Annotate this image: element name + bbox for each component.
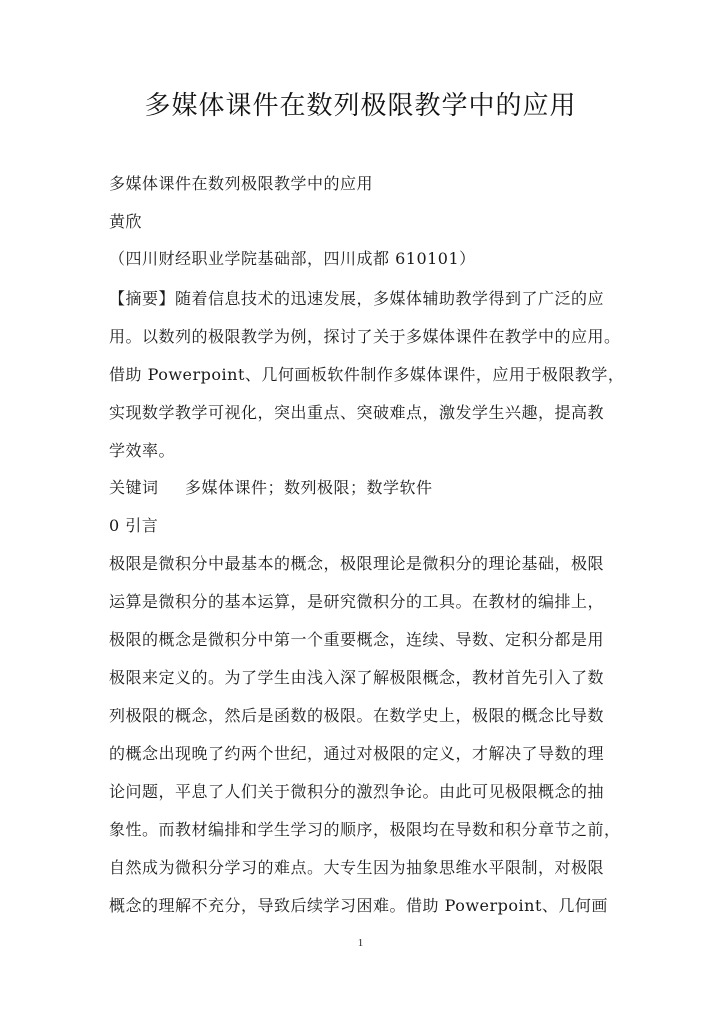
keywords-label: 关键词 [109, 477, 185, 499]
abstract-line: 学效率。 [109, 440, 175, 462]
abstract-line: 实现数学教学可视化，突出重点、突破难点，激发学生兴趣，提高教 [109, 402, 604, 424]
affiliation: （四川财经职业学院基础部，四川成都 610101） [109, 248, 476, 270]
body-line: 论问题，平息了人们关于微积分的激烈争论。由此可见极限概念的抽 [109, 781, 604, 803]
document-title: 多媒体课件在数列极限教学中的应用 [0, 88, 721, 124]
body-line: 概念的理解不充分，导致后续学习困难。借助 Powerpoint、几何画 [109, 895, 608, 917]
document-page: 多媒体课件在数列极限教学中的应用 多媒体课件在数列极限教学中的应用 黄欣 （四川… [0, 0, 721, 1020]
body-line: 列极限的概念，然后是函数的极限。在数学史上，极限的概念比导数 [109, 705, 604, 727]
page-number: 1 [0, 937, 721, 949]
body-line: 自然成为微积分学习的难点。大专生因为抽象思维水平限制，对极限 [109, 857, 604, 879]
body-line: 极限是微积分中最基本的概念，极限理论是微积分的理论基础，极限 [109, 553, 604, 575]
body-line: 极限的概念是微积分中第一个重要概念，连续、导数、定积分都是用 [109, 629, 604, 651]
body-line: 的概念出现晚了约两个世纪，通过对极限的定义，才解决了导数的理 [109, 743, 604, 765]
body-line: 极限来定义的。为了学生由浅入深了解极限概念，教材首先引入了数 [109, 667, 604, 689]
subtitle: 多媒体课件在数列极限教学中的应用 [109, 173, 373, 195]
body-line: 运算是微积分的基本运算，是研究微积分的工具。在教材的编排上， [109, 591, 604, 613]
abstract-line: 【摘要】随着信息技术的迅速发展，多媒体辅助教学得到了广泛的应 [109, 288, 604, 310]
abstract-line: 借助 Powerpoint、几何画板软件制作多媒体课件，应用于极限教学， [109, 364, 624, 386]
author: 黄欣 [109, 211, 142, 233]
keywords-value: 多媒体课件；数列极限；数学软件 [185, 478, 433, 497]
section-heading: 0 引言 [109, 515, 158, 537]
keywords: 关键词多媒体课件；数列极限；数学软件 [109, 477, 433, 499]
body-line: 象性。而教材编排和学生学习的顺序，极限均在导数和积分章节之前， [109, 819, 621, 841]
abstract-line: 用。以数列的极限教学为例，探讨了关于多媒体课件在教学中的应用。 [109, 326, 621, 348]
